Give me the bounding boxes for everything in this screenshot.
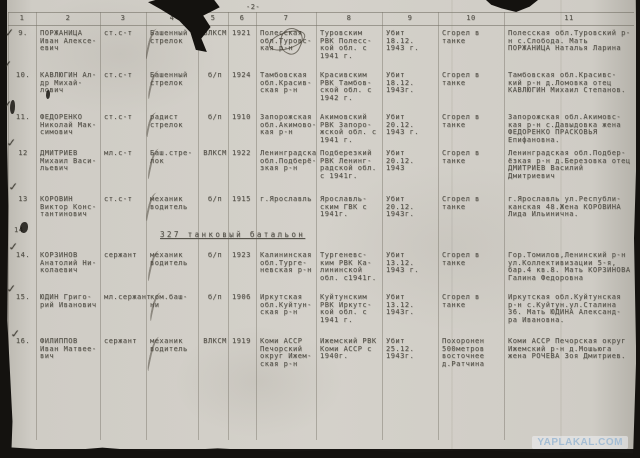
cell-born: 1910 <box>232 114 256 122</box>
cell-num: 10. <box>10 72 36 80</box>
cell-fate: Убит 13.12. 1943г. <box>386 294 436 317</box>
cell-rank: ст.с-т <box>104 196 146 204</box>
cell-born: 1922 <box>232 150 256 158</box>
cell-num: 12 <box>10 150 36 158</box>
cell-name: КОРОВИН Виктор Конс- тантинович <box>40 196 100 219</box>
cell-family: г.Ярославль ул.Республи- канская 48.Жена… <box>508 196 634 219</box>
cell-drafted: Куйтунским РВК Иркутс- кой обл. с 1941 г… <box>320 294 380 324</box>
cell-party: ВЛКСМ <box>202 150 228 158</box>
cell-birthplace: Калининская обл.Турге- невская р-н <box>260 252 318 275</box>
cell-birthplace: Иркутская обл.Куйтун- ская р-н <box>260 294 318 317</box>
cell-born: 1921 <box>232 30 256 38</box>
cell-cause: Похоронен 500метров восточнее д.Ратчина <box>442 338 504 368</box>
cell-born: 1924 <box>232 72 256 80</box>
cell-drafted: Тургеневс- ким РВК Ка- лининской обл. с1… <box>320 252 380 282</box>
cell-num: 14. <box>10 252 36 260</box>
cell-cause: Сгорел в танке <box>442 72 504 87</box>
pen-checkmark-icon: ✓ <box>8 239 19 253</box>
cell-fate: Убит 13.12. 1943 г. <box>386 252 436 275</box>
cell-cause: Сгорел в танке <box>442 150 504 165</box>
cell-fate: Убит 18.12. 1943 г. <box>386 30 436 53</box>
cell-drafted: Ижемский РВК Коми АССР с 1940г. <box>320 338 380 361</box>
column-header-7: 7 <box>256 14 316 22</box>
cell-rank: ст.с-т <box>104 30 146 38</box>
cell-birthplace: Тамбовская обл.Красив- ская р-н <box>260 72 318 95</box>
cell-name: ФЕДОРЕНКО Николай Мак- симович <box>40 114 100 137</box>
cell-drafted: Подберезкий РВК Ленинг- радской обл. с 1… <box>320 150 380 180</box>
cell-fate: Убит 20.12. 1943 <box>386 150 436 173</box>
column-rule <box>228 12 229 440</box>
column-header-9: 9 <box>382 14 438 22</box>
column-rule <box>36 12 37 440</box>
cell-drafted: Красивским РВК Тамбов- ской обл. с 1942 … <box>320 72 380 102</box>
cell-cause: Сгорел в танке <box>442 114 504 129</box>
cell-fate: Убит 25.12. 1943г. <box>386 338 436 361</box>
cell-family: Коми АССР Печорская округ Ижемский р-н д… <box>508 338 634 361</box>
cell-party: ВЛКСМ <box>202 338 228 346</box>
column-header-1: 1 <box>8 14 36 22</box>
cell-drafted: Туровским РВК Полесс- кой обл. с 1941 г. <box>320 30 380 60</box>
cell-birthplace: Ленинградска обл.Подберё- зкая р-н <box>260 150 318 173</box>
cell-num: 13 <box>10 196 36 204</box>
cell-born: 1915 <box>232 196 256 204</box>
cell-rank: ст.с-т <box>104 72 146 80</box>
cell-cause: Сгорел в танке <box>442 30 504 45</box>
cell-rank: мл.сержант <box>104 294 146 302</box>
column-rule <box>256 12 257 440</box>
column-header-2: 2 <box>36 14 100 22</box>
cell-born: 1919 <box>232 338 256 346</box>
column-header-6: 6 <box>228 14 256 22</box>
column-rule <box>504 12 505 440</box>
cell-birthplace: г.Ярославль <box>260 196 318 204</box>
column-rule <box>198 12 199 440</box>
cell-party: б/п <box>202 294 228 302</box>
cell-rank: мл.с-т <box>104 150 146 158</box>
cell-rank: ст.с-т <box>104 114 146 122</box>
cell-family: Полесская обл.Туровский р-н с.Слобода. М… <box>508 30 634 53</box>
cell-cause: Сгорел в танке <box>442 294 504 309</box>
cell-name: ДМИТРИЕВ Михаил Васи- льевич <box>40 150 100 173</box>
cell-birthplace: Запорожская обл.Акимово- кая р-н <box>260 114 318 137</box>
cell-born: 1906 <box>232 294 256 302</box>
cell-name: ЮДИН Григо- рий Иванович <box>40 294 100 309</box>
column-header-10: 10 <box>438 14 504 22</box>
cell-party: б/п <box>202 252 228 260</box>
casualty-table: 1 2 3 4 5 6 7 8 9 10 11 9. ПОРЖАНИЦА Ива… <box>8 12 634 440</box>
column-rule <box>382 12 383 440</box>
table-top-rule <box>8 12 634 13</box>
cell-name: ПОРЖАНИЦА Иван Алексе- евич <box>40 30 100 53</box>
cell-family: Ленинградская обл.Подбер- ёзкая р-н д.Бе… <box>508 150 634 180</box>
cell-num: 11. <box>10 114 36 122</box>
cell-born: 1923 <box>232 252 256 260</box>
column-rule <box>438 12 439 440</box>
cell-fate: Убит 18.12. 1943г. <box>386 72 436 95</box>
cell-party: б/п <box>202 72 228 80</box>
column-rule <box>100 12 101 440</box>
watermark: YAPLAKAL.COM <box>532 436 628 449</box>
cell-party: б/п <box>202 196 228 204</box>
cell-name: КОРЗИНОВ Анатолий Ни- колаевич <box>40 252 100 275</box>
table-header-rule <box>8 25 634 26</box>
pen-checkmark-icon: ✓ <box>10 326 21 340</box>
column-header-11: 11 <box>504 14 634 22</box>
column-header-8: 8 <box>316 14 382 22</box>
cell-family: Иркутская обл.Куйтунская р-н с.Куйтун.ул… <box>508 294 634 324</box>
cell-family: Гор.Томилов,Ленинский р-н ул.Коллективиз… <box>508 252 634 282</box>
column-rule <box>146 12 147 440</box>
section-title: 327 танковый батальон <box>160 230 305 239</box>
cell-name: ФИЛИППОВ Иван Матвее- вич <box>40 338 100 361</box>
cell-fate: Убит 20.12. 1943г. <box>386 196 436 219</box>
cell-birthplace: Коми АССР Печорский округ Ижем- ская р-н <box>260 338 318 368</box>
cell-family: Тамбовская обл.Красивс- кий р-н д.Ломовк… <box>508 72 634 95</box>
cell-cause: Сгорел в танке <box>442 196 504 211</box>
cell-fate: Убит 20.12. 1943 г. <box>386 114 436 137</box>
page-number: -2- <box>246 4 260 12</box>
cell-cause: Сгорел в танке <box>442 252 504 267</box>
cell-drafted: Ярославль- ским ГВК с 1941г. <box>320 196 380 219</box>
document-scan: -2- 1 2 3 4 5 6 7 8 9 10 11 9. ПОРЖАНИЦА… <box>0 0 640 458</box>
cell-rank: сержант <box>104 338 146 346</box>
cell-party: б/п <box>202 114 228 122</box>
cell-rank: сержант <box>104 252 146 260</box>
cell-family: Запорожская обл.Акимовс- кая р-н с.Давыд… <box>508 114 634 144</box>
column-header-3: 3 <box>100 14 146 22</box>
pen-checkmark-icon: ✓ <box>8 179 19 193</box>
cell-drafted: Акимовский РВК Запоро- жской обл. с 1941… <box>320 114 380 144</box>
pen-checkmark-icon: ✓ <box>6 135 17 149</box>
cell-num: 15. <box>10 294 36 302</box>
